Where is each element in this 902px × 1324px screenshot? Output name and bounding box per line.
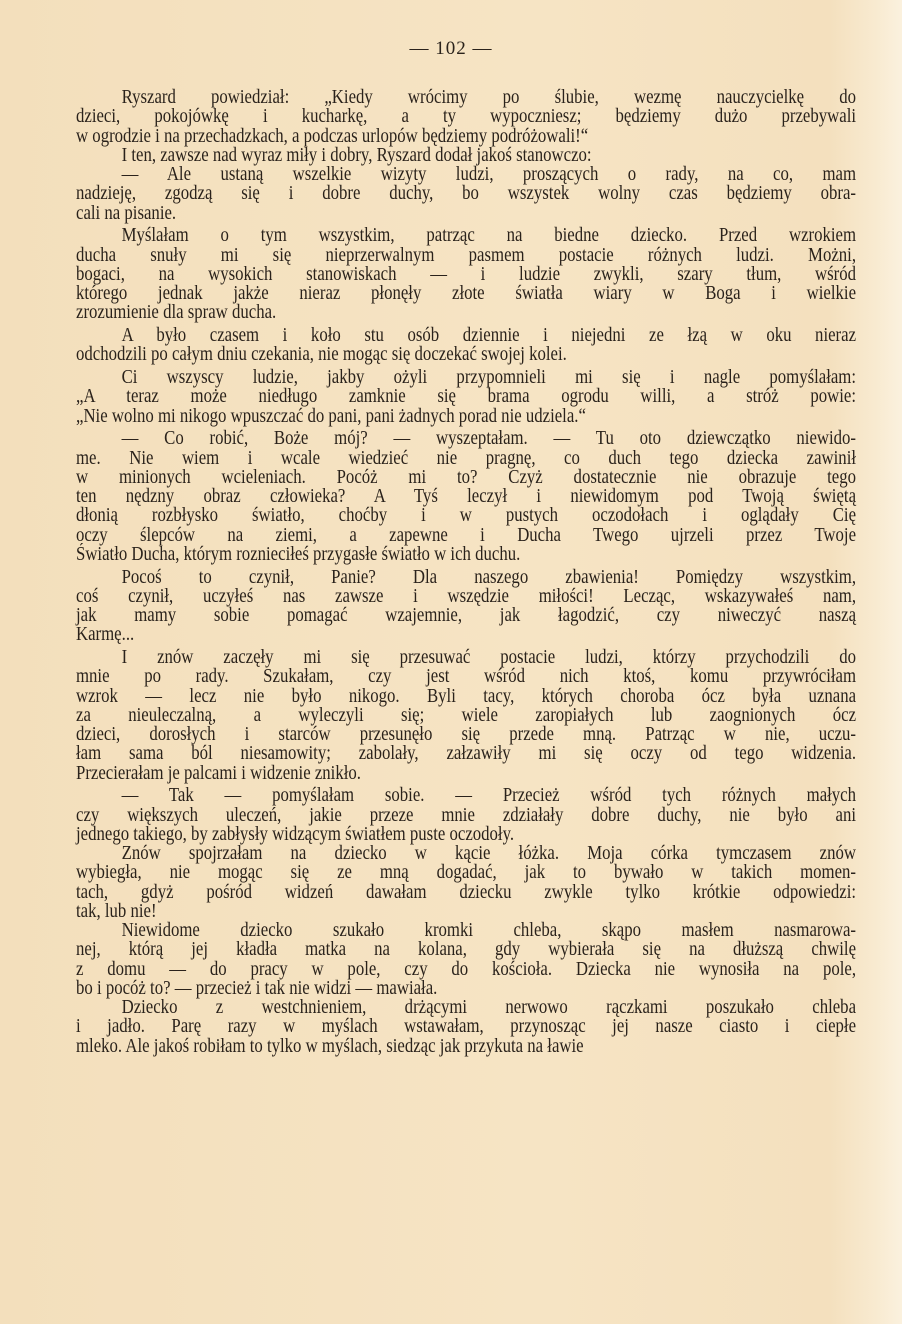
text-line: — Ale ustaną wszelkie wizyty ludzi, pros… [76,165,856,184]
text-line: czy większych uleczeń, jakie przeze mnie… [76,806,856,825]
paragraph: I znów zaczęły mi się przesuwać postacie… [76,648,856,783]
text-line: Światło Ducha, którym roznieciłeś przyga… [76,545,856,564]
paragraph: Ryszard powiedział: „Kiedy wrócimy po śl… [76,88,856,146]
text-line: Znów spojrzałam na dziecko w kącie łóżka… [76,844,856,863]
text-line: bo i pocóż to? — przecież i tak nie widz… [76,979,856,998]
text-line: Niewidome dziecko szukało kromki chleba,… [76,921,856,940]
text-line: mnie po rady. Szukałam, czy jest wśród n… [76,667,856,686]
text-line: za nieuleczalną, a wyleczyli się; wiele … [76,706,856,725]
text-line: „Nie wolno mi nikogo wpuszczać do pani, … [76,407,856,426]
text-line: ducha snuły mi się nieprzerwalnym pasmem… [76,246,856,265]
text-line: A było czasem i koło stu osób dziennie i… [76,326,856,345]
text-line: odchodzili po całym dniu czekania, nie m… [76,345,856,364]
text-line: z domu — do pracy w pole, czy do kościoł… [76,960,856,979]
paragraph: — Tak — pomyślałam sobie. — Przecież wśr… [76,786,856,844]
paragraph: Ci wszyscy ludzie, jakby ożyli przypomni… [76,368,856,426]
paragraph: Myślałam o tym wszystkim, patrząc na bie… [76,226,856,322]
text-line: nadzieję, zgodzą się i dobre duchy, bo w… [76,184,856,203]
text-line: tach, gdyż pośród widzeń dawałam dziecku… [76,883,856,902]
text-line: „A teraz może niedługo zamknie się brama… [76,387,856,406]
text-line: bogaci, na wysokich stanowiskach — i lud… [76,265,856,284]
paragraph: A było czasem i koło stu osób dziennie i… [76,326,856,365]
text-line: Karmę... [76,625,856,644]
paragraph: — Co robić, Boże mój? — wyszeptałam. — T… [76,429,856,564]
text-line: zrozumienie dla spraw ducha. [76,303,856,322]
text-line: Ryszard powiedział: „Kiedy wrócimy po śl… [76,88,856,107]
text-line: ten nędzny obraz człowieka? A Tyś leczył… [76,487,856,506]
text-line: Pocoś to czynił, Panie? Dla naszego zbaw… [76,568,856,587]
text-line: jak mamy sobie pomagać wzajemnie, jak ła… [76,606,856,625]
text-line: i jadło. Parę razy w myślach wstawałam, … [76,1017,856,1036]
text-line: w minionych wcieleniach. Pocóż mi to? Cz… [76,468,856,487]
text-line: oczy ślepców na ziemi, a zapewne i Ducha… [76,526,856,545]
text-line: Przecierałam je palcami i widzenie znikł… [76,764,856,783]
text-line: Myślałam o tym wszystkim, patrząc na bie… [76,226,856,245]
text-line: cali na pisanie. [76,204,856,223]
text-line: I znów zaczęły mi się przesuwać postacie… [76,648,856,667]
paragraph: I ten, zawsze nad wyraz miły i dobry, Ry… [76,146,856,165]
paragraph: Znów spojrzałam na dziecko w kącie łóżka… [76,844,856,921]
text-line: jednego takiego, by zabłysły widzącym św… [76,825,856,844]
text-line: dzieci, pokojówkę i kucharkę, a ty wypoc… [76,107,856,126]
text-line: mleko. Ale jakoś robiłam to tylko w myśl… [76,1037,856,1056]
text-line: coś czynił, uczyłeś nas zawsze i wszędzi… [76,587,856,606]
text-line: — Tak — pomyślałam sobie. — Przecież wśr… [76,786,856,805]
text-line: wzrok — lecz nie było nikogo. Byli tacy,… [76,687,856,706]
text-line: nej, którą jej kładła matka na kolana, g… [76,940,856,959]
text-line: dzieci, dorosłych i starców przesunęło s… [76,725,856,744]
text-line: dłonią rozbłysko światło, choćby i w pus… [76,506,856,525]
page-number: — 102 — [0,38,902,60]
text-line: I ten, zawsze nad wyraz miły i dobry, Ry… [76,146,856,165]
page-body: Ryszard powiedział: „Kiedy wrócimy po śl… [76,88,856,1056]
text-line: tak, lub nie! [76,902,856,921]
text-line: łam sama ból niesamowity; zabolały, załz… [76,744,856,763]
paragraph: Dziecko z westchnieniem, drżącymi nerwow… [76,998,856,1056]
paragraph: Pocoś to czynił, Panie? Dla naszego zbaw… [76,568,856,645]
text-line: — Co robić, Boże mój? — wyszeptałam. — T… [76,429,856,448]
text-line: wybiegła, nie mogąc się ze mną dogadać, … [76,863,856,882]
paragraph: — Ale ustaną wszelkie wizyty ludzi, pros… [76,165,856,223]
text-line: w ogrodzie i na przechadzkach, a podczas… [76,127,856,146]
text-line: Dziecko z westchnieniem, drżącymi nerwow… [76,998,856,1017]
paragraph: Niewidome dziecko szukało kromki chleba,… [76,921,856,998]
text-line: Ci wszyscy ludzie, jakby ożyli przypomni… [76,368,856,387]
text-line: me. Nie wiem i wcale wiedzieć nie pragnę… [76,449,856,468]
text-line: którego jednak jakże nieraz płonęły złot… [76,284,856,303]
